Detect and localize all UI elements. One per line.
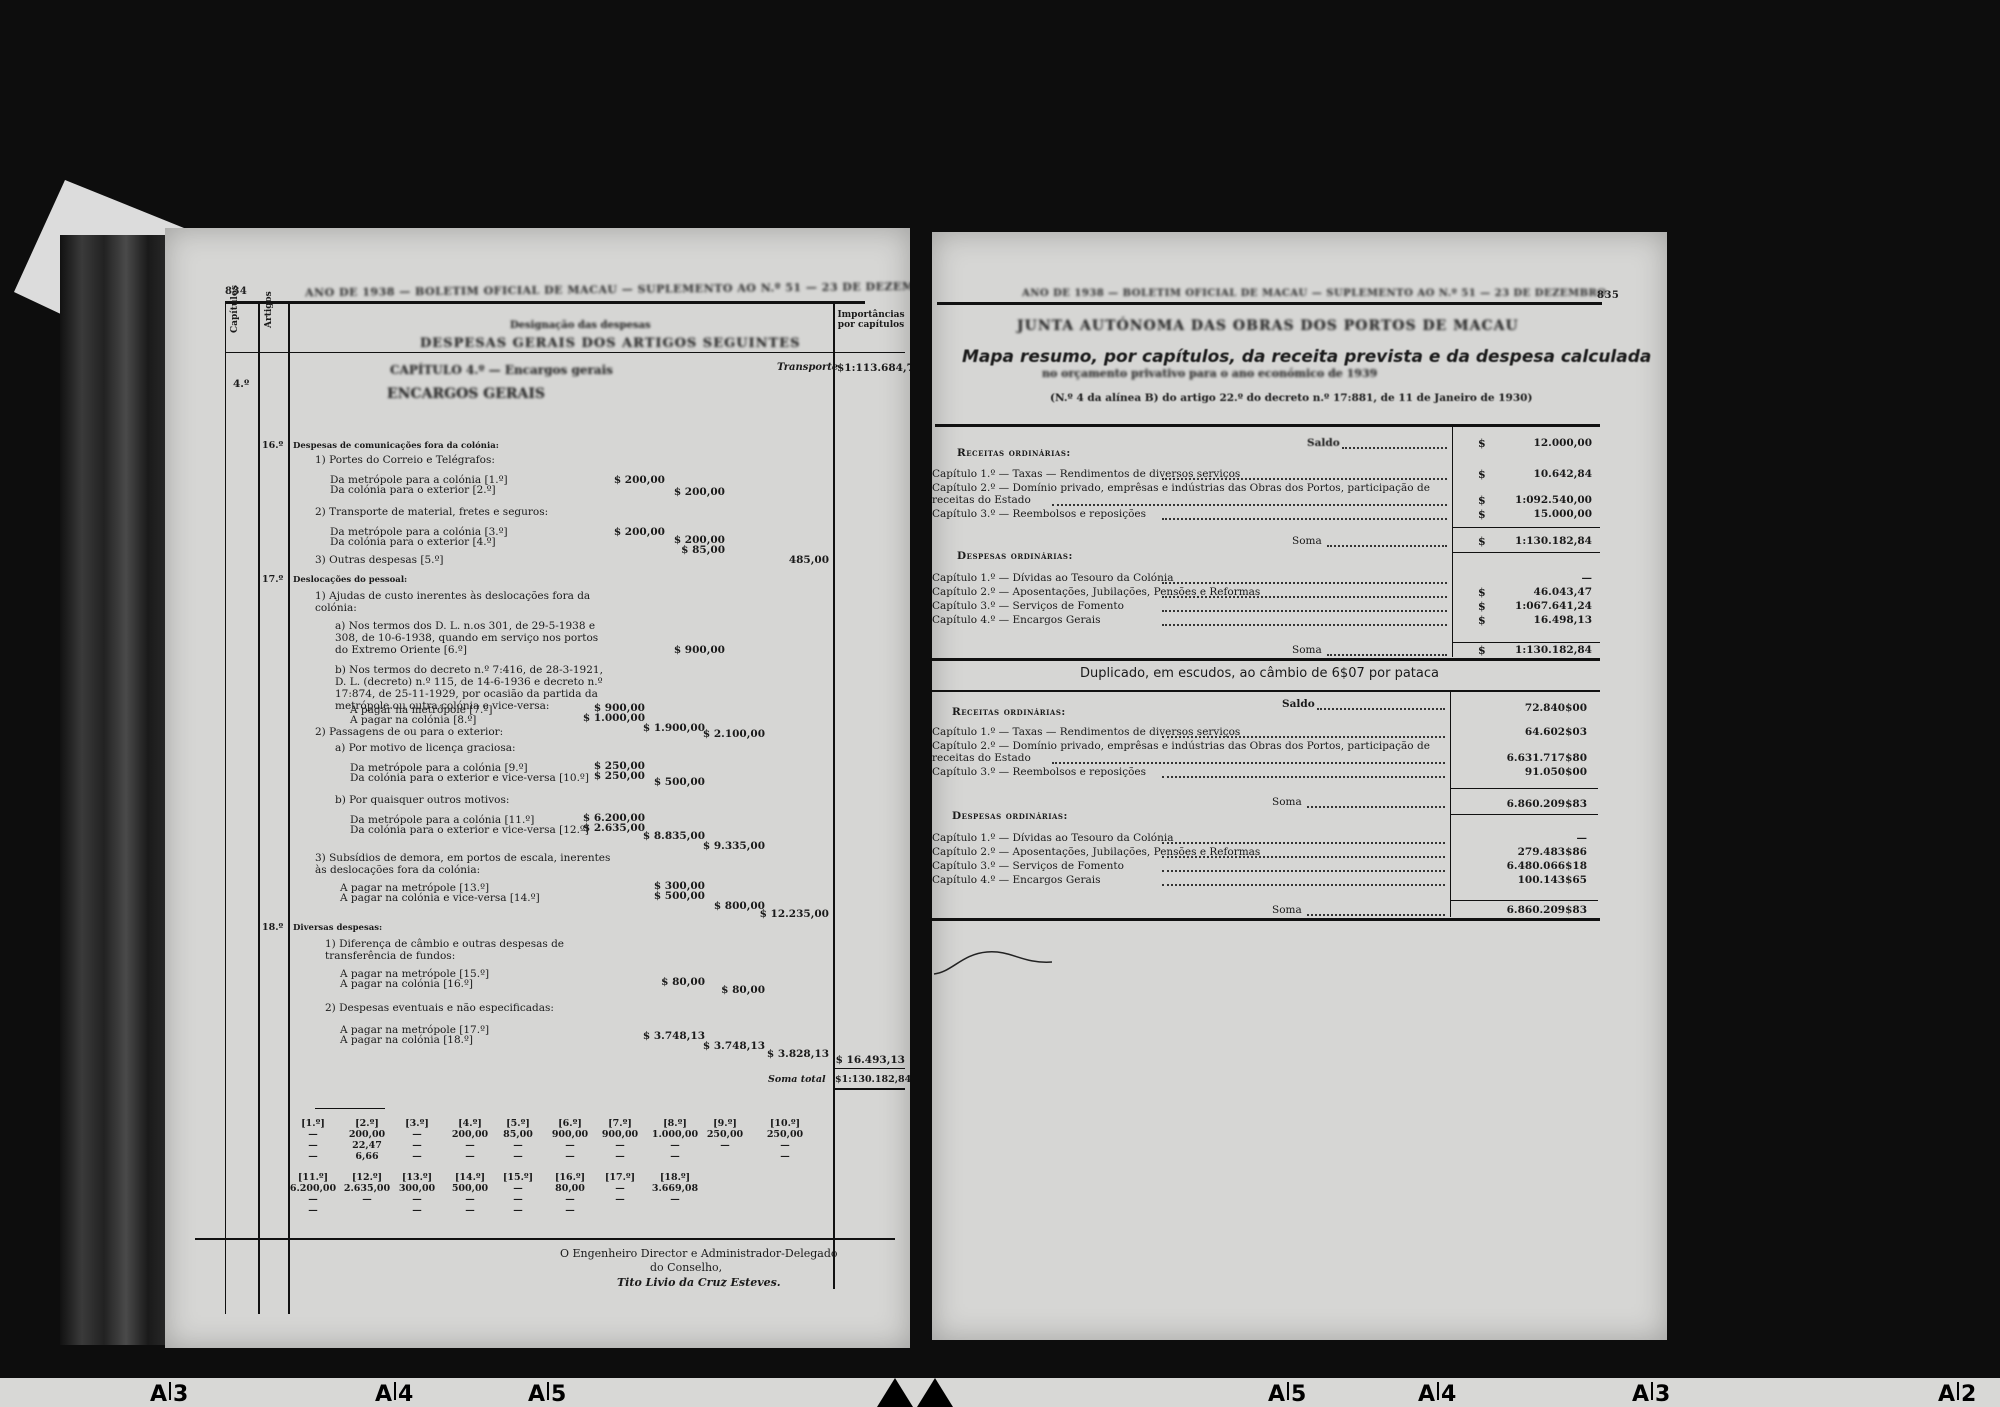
art16-group2-label: 2) Transporte de material, fretes e segu… bbox=[315, 506, 548, 518]
article-17-number: 17.º bbox=[262, 574, 283, 586]
despesas-total: 1:130.182,84 bbox=[1492, 644, 1592, 656]
chapter-row-value: — bbox=[1472, 832, 1587, 844]
receitas-total: 1:130.182,84 bbox=[1492, 535, 1592, 547]
leader-dots bbox=[1162, 884, 1445, 886]
leader-dots bbox=[1317, 708, 1445, 710]
chapter-row-value: 91.050$00 bbox=[1472, 766, 1587, 778]
heading-designacao: Designação das despesas bbox=[510, 320, 651, 332]
leader-dots bbox=[1327, 545, 1447, 547]
dollar-sign: $ bbox=[1478, 508, 1486, 521]
art17-total-group2: $ 9.335,00 bbox=[685, 840, 765, 852]
art16-group3-label: 3) Outras despesas [5.º] bbox=[315, 554, 444, 566]
dollar-sign: $ bbox=[1478, 586, 1486, 599]
article-18-title: Diversas despesas: bbox=[293, 922, 382, 934]
col-sep-capitulos bbox=[258, 304, 260, 1314]
despesas-heading: Despesas ordinárias: bbox=[957, 550, 1073, 562]
chapter-number: 4.º bbox=[233, 378, 249, 390]
art17-value: $ 900,00 bbox=[645, 644, 725, 656]
frame-mark: A2 bbox=[1938, 1382, 1976, 1407]
art16-subtotal: $ 200,00 bbox=[645, 486, 725, 498]
dollar-sign: $ bbox=[1478, 614, 1486, 627]
art17-total-group1: $ 2.100,00 bbox=[685, 728, 765, 740]
leader-dots bbox=[1162, 776, 1445, 778]
dollar-sign: $ bbox=[1478, 494, 1486, 507]
transporte-label: Transporte bbox=[777, 362, 838, 374]
art17-total: $ 12.235,00 bbox=[745, 908, 829, 920]
leader-dots bbox=[1162, 478, 1447, 480]
receitas-heading: Receitas ordinárias: bbox=[957, 447, 1071, 459]
table-bottom-rule bbox=[932, 918, 1600, 921]
duplicate-title: Duplicado, em escudos, ao câmbio de 6$07… bbox=[1080, 666, 1439, 681]
leader-dots bbox=[1052, 504, 1447, 506]
art18-total: $ 3.828,13 bbox=[745, 1048, 829, 1060]
left-border bbox=[225, 304, 226, 1314]
pen-mark bbox=[932, 944, 1062, 984]
despesas-heading: Despesas ordinárias: bbox=[952, 810, 1068, 822]
chapter-row-value: 100.143$65 bbox=[1472, 874, 1587, 886]
leader-dots bbox=[1307, 914, 1445, 916]
art17-sub-b: b) Por quaisquer outros motivos: bbox=[335, 794, 509, 806]
art17-sub-a: a) Por motivo de licença graciosa: bbox=[335, 742, 516, 754]
leader-dots bbox=[1162, 856, 1445, 858]
leader-dots bbox=[1162, 870, 1445, 872]
dollar-sign: $ bbox=[1478, 437, 1486, 450]
col-header-capitulos: Capítulos bbox=[229, 285, 241, 333]
frame-mark: A4 bbox=[375, 1382, 413, 1407]
table-top-rule bbox=[935, 424, 1600, 427]
art17-line: Da colónia para o exterior e vice-versa … bbox=[350, 824, 589, 836]
art17-line: Da colónia para o exterior e vice-versa … bbox=[350, 772, 589, 784]
left-page: 834 ANO DE 1938 — BOLETIM OFICIAL DE MAC… bbox=[165, 228, 910, 1348]
summary-cell: [3.º]——— bbox=[387, 1118, 447, 1162]
heading-chapter: CAPÍTULO 4.º — Encargos gerais bbox=[390, 364, 613, 376]
value-col-sep bbox=[1450, 692, 1451, 917]
dollar-sign: $ bbox=[1478, 468, 1486, 481]
chapter-row-value: 16.498,13 bbox=[1492, 614, 1592, 626]
heading-junta: JUNTA AUTÓNOMA DAS OBRAS DOS PORTOS DE M… bbox=[1017, 320, 1519, 332]
art18-group2-label: 2) Despesas eventuais e não especificada… bbox=[325, 1002, 554, 1014]
art18-subtotal: $ 80,00 bbox=[685, 984, 765, 996]
leader-dots bbox=[1052, 762, 1445, 764]
chapter-row-value: 6.631.717$80 bbox=[1472, 752, 1587, 764]
frame-mark: A3 bbox=[1632, 1382, 1670, 1407]
art16-total: 485,00 bbox=[765, 554, 829, 566]
dollar-sign: $ bbox=[1478, 644, 1486, 657]
legal-reference: (N.º 4 da alínea B) do artigo 22.º do de… bbox=[1050, 392, 1532, 404]
chapter-row-value: 46.043,47 bbox=[1492, 586, 1592, 598]
soma-total-value: $1:130.182,84 bbox=[835, 1074, 905, 1085]
summary-cell: [5.º]85,00—— bbox=[488, 1118, 548, 1162]
summary-cell: [17.º]—— bbox=[590, 1172, 650, 1205]
summary-cell: [13.º]300,00—— bbox=[387, 1172, 447, 1216]
art16-group1-label: 1) Portes do Correio e Telégrafos: bbox=[315, 454, 495, 466]
section-rule bbox=[932, 690, 1600, 692]
art16-line: Da colónia para o exterior [2.º] bbox=[330, 484, 496, 496]
saldo-value: 12.000,00 bbox=[1492, 437, 1592, 449]
summary-cell: [1.º]——— bbox=[283, 1118, 343, 1162]
footer-rule bbox=[195, 1238, 895, 1240]
microfilm-strip bbox=[0, 1378, 2000, 1407]
chapter-row-value: 279.483$86 bbox=[1472, 846, 1587, 858]
art18-line: A pagar na colónia [16.º] bbox=[340, 978, 473, 990]
article-16-title: Despesas de comunicações fora da colónia… bbox=[293, 440, 499, 452]
right-page-number: 835 bbox=[1597, 290, 1619, 301]
summary-cell: [10.º]250,00—— bbox=[755, 1118, 815, 1162]
leader-dots bbox=[1162, 736, 1445, 738]
receitas-heading: Receitas ordinárias: bbox=[952, 706, 1066, 718]
art16-subtotal: $ 85,00 bbox=[645, 544, 725, 556]
article-17-title: Deslocações do pessoal: bbox=[293, 574, 407, 586]
col-sep-artigos bbox=[288, 304, 290, 1314]
right-running-head: ANO DE 1938 — BOLETIM OFICIAL DE MACAU —… bbox=[1022, 288, 1607, 299]
leader-dots bbox=[1162, 624, 1447, 626]
chapter-row-label: Capítulo 2.º — Domínio privado, emprêsas… bbox=[932, 482, 1442, 506]
header-rule bbox=[225, 301, 865, 304]
heading-despesas: DESPESAS GERAIS DOS ARTIGOS SEGUINTES bbox=[420, 338, 800, 350]
art17-subtotal: $ 500,00 bbox=[625, 776, 705, 788]
art17-group3-label: 3) Subsídios de demora, em portos de esc… bbox=[315, 852, 615, 876]
leader-dots bbox=[1162, 842, 1445, 844]
section-rule bbox=[932, 658, 1600, 661]
article-16-number: 16.º bbox=[262, 440, 283, 452]
summary-cell: [7.º]900,00—— bbox=[590, 1118, 650, 1162]
despesas-total: 6.860.209$83 bbox=[1472, 904, 1587, 916]
chapter-row-value: 10.642,84 bbox=[1492, 468, 1592, 480]
signature-title: O Engenheiro Director e Administrador-De… bbox=[560, 1248, 838, 1260]
chapter-row-value: 6.480.066$18 bbox=[1472, 860, 1587, 872]
saldo-label: Saldo bbox=[1282, 698, 1315, 710]
chapter-row-value: 1:092.540,00 bbox=[1492, 494, 1592, 506]
chapter-row-value: 1:067.641,24 bbox=[1492, 600, 1592, 612]
sum-rule bbox=[1450, 814, 1598, 815]
frame-mark: A4 bbox=[1418, 1382, 1456, 1407]
art17-line: a) Nos termos dos D. L. n.os 301, de 29-… bbox=[335, 620, 605, 656]
summary-cell: [11.º]6.200,00—— bbox=[283, 1172, 343, 1216]
frame-arrow-right-icon bbox=[917, 1378, 953, 1407]
col-header-artigos: Artigos bbox=[263, 291, 275, 328]
art17-line: A pagar na colónia e vice-versa [14.º] bbox=[340, 892, 540, 904]
leader-dots bbox=[1162, 518, 1447, 520]
frame-mark: A5 bbox=[1268, 1382, 1306, 1407]
grid-rule bbox=[315, 1108, 385, 1109]
chapter-row-value: — bbox=[1492, 572, 1592, 584]
book-gutter bbox=[910, 228, 932, 1348]
header-rule bbox=[937, 302, 1602, 305]
chapter-row-value: 15.000,00 bbox=[1492, 508, 1592, 520]
book-spine-edge bbox=[60, 235, 170, 1345]
art17-group1-label: 1) Ajudas de custo inerentes às deslocaç… bbox=[315, 590, 605, 614]
art16-value: $ 200,00 bbox=[585, 474, 665, 486]
total-double-rule bbox=[835, 1088, 905, 1090]
map-subtitle: no orçamento privativo para o ano económ… bbox=[1042, 368, 1377, 380]
sum-rule bbox=[1452, 552, 1600, 553]
article-18-number: 18.º bbox=[262, 922, 283, 934]
summary-cell: [9.º]250,00— bbox=[695, 1118, 755, 1151]
sum-rule bbox=[1450, 788, 1598, 789]
signature-council: do Conselho, bbox=[650, 1262, 722, 1274]
soma-label: Soma bbox=[1292, 644, 1322, 656]
heading-encargos: ENCARGOS GERAIS bbox=[387, 388, 545, 400]
leader-dots bbox=[1162, 582, 1447, 584]
frame-arrow-left-icon bbox=[877, 1378, 913, 1407]
leader-dots bbox=[1162, 610, 1447, 612]
frame-mark: A3 bbox=[150, 1382, 188, 1407]
saldo-label: Saldo bbox=[1307, 437, 1340, 449]
leader-dots bbox=[1327, 654, 1447, 656]
soma-label: Soma bbox=[1292, 535, 1322, 547]
art18-group1-label: 1) Diferença de câmbio e outras despesas… bbox=[325, 938, 635, 962]
art16-line: Da colónia para o exterior [4.º] bbox=[330, 536, 496, 548]
chapter-row-label: Capítulo 2.º — Domínio privado, emprêsas… bbox=[932, 740, 1440, 764]
dollar-sign: $ bbox=[1478, 600, 1486, 613]
chapter-row-value: 64.602$03 bbox=[1472, 726, 1587, 738]
sum-rule bbox=[1452, 642, 1600, 643]
col-sep-importancias bbox=[833, 304, 835, 1289]
summary-cell: [18.º]3.669,08— bbox=[645, 1172, 705, 1205]
col-header-importancias: Importâncias por capítulos bbox=[837, 310, 905, 330]
soma-label: Soma bbox=[1272, 796, 1302, 808]
value-col-sep bbox=[1452, 427, 1453, 657]
art18-line: A pagar na colónia [18.º] bbox=[340, 1034, 473, 1046]
sum-rule bbox=[1450, 900, 1598, 901]
soma-label: Soma bbox=[1272, 904, 1302, 916]
leader-dots bbox=[1307, 806, 1445, 808]
art17-line: A pagar na colónia [8.º] bbox=[350, 714, 476, 726]
leader-dots bbox=[1342, 447, 1447, 449]
total-rule bbox=[835, 1068, 905, 1069]
transporte-value: $1:113.684,71 bbox=[837, 362, 905, 374]
right-page: ANO DE 1938 — BOLETIM OFICIAL DE MACAU —… bbox=[932, 232, 1667, 1340]
saldo-value: 72.840$00 bbox=[1472, 702, 1587, 714]
leader-dots bbox=[1162, 596, 1447, 598]
dollar-sign: $ bbox=[1478, 535, 1486, 548]
chapter-total: $ 16.493,13 bbox=[835, 1054, 905, 1066]
soma-total-label: Soma total bbox=[768, 1074, 826, 1086]
summary-cell: [15.º]——— bbox=[488, 1172, 548, 1216]
receitas-total: 6.860.209$83 bbox=[1472, 798, 1587, 810]
col-header-rule bbox=[225, 352, 905, 353]
left-running-head: ANO DE 1938 — BOLETIM OFICIAL DE MACAU —… bbox=[305, 280, 944, 300]
frame-mark: A5 bbox=[528, 1382, 566, 1407]
art17-group2-label: 2) Passagens de ou para o exterior: bbox=[315, 726, 503, 738]
map-title: Mapa resumo, por capítulos, da receita p… bbox=[962, 347, 1651, 367]
sum-rule bbox=[1452, 527, 1600, 528]
signature-name: Tito Livio da Cruz Esteves. bbox=[617, 1277, 781, 1289]
